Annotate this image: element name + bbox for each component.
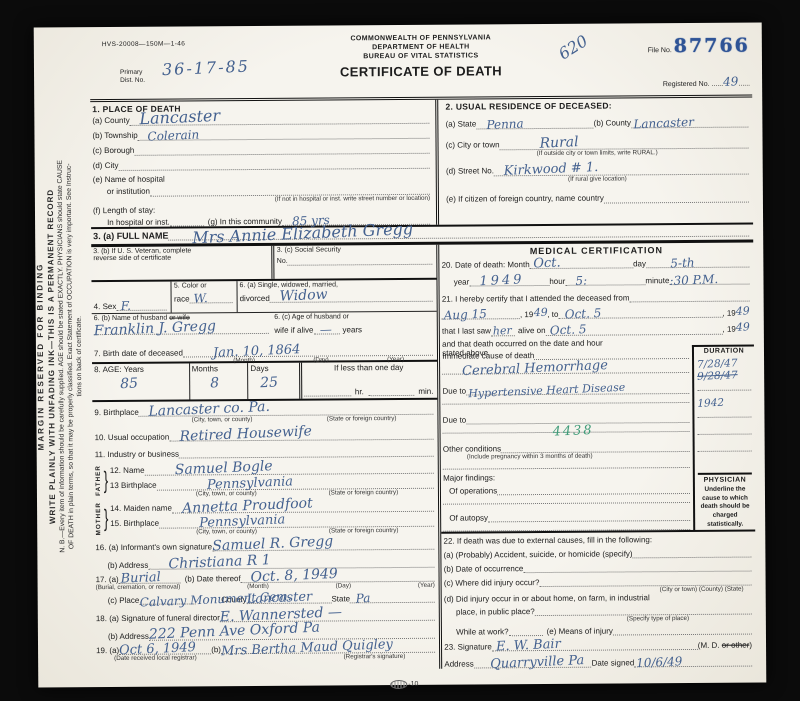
burial-date-label: (b) Date thereof (185, 574, 241, 584)
operations-line (497, 482, 690, 495)
registrar-date-line: Oct 6, 1949 (119, 643, 211, 656)
mother-side-label: MOTHER (95, 502, 102, 535)
age-years-value: 85 (120, 376, 138, 393)
sig23-addr-line: Quarryville Pa (474, 656, 592, 669)
spouse-age-dash: — (319, 322, 332, 337)
years-label: years (342, 325, 362, 335)
lastsaw-her-value: her (493, 324, 512, 338)
mother-maiden-label: 14. Maiden name (110, 504, 172, 514)
res-county-label: (b) County (594, 119, 631, 129)
county-label: (a) County (92, 116, 129, 126)
full-name-label: 3. (a) FULL NAME (93, 231, 168, 242)
dod-hour-line: 5: (565, 273, 645, 286)
burial-state-line: Pa (350, 591, 435, 604)
sig23-line: E. W. Bair (492, 638, 698, 651)
section-row-1: 1. PLACE OF DEATH (a) County Lancaster (… (90, 98, 753, 230)
external-work-label: While at work? (444, 627, 509, 637)
dod-hour-value: 5: (575, 273, 587, 288)
sex-line: F. (116, 299, 167, 311)
operations-label: Of operations (443, 486, 497, 496)
dod-year-value: 1949 (479, 272, 525, 289)
dod-minute-label: minute (645, 276, 669, 286)
duration-value-struck: 9/28/47 (697, 369, 751, 383)
informant-label: 16. (a) Informant's own signature (95, 542, 212, 552)
mother-hint-2: (State or foreign country) (329, 527, 399, 534)
certify-pre19b: , 19 (722, 308, 735, 318)
city-town-label: (c) City or town (446, 141, 500, 151)
age-label: 8. AGE: Years (94, 365, 144, 374)
lastsaw-label-1: that I last saw (442, 326, 491, 336)
file-number-block: File No. 87766 (648, 35, 750, 58)
registered-value: 49 (723, 74, 739, 89)
registered-number-block: Registered No. ......49...... (663, 75, 750, 90)
certify-from-line: Aug 15 (442, 308, 520, 321)
marital-line: Widow (270, 290, 433, 303)
dod-day-label: day (633, 259, 646, 269)
father-block: FATHER } 12. Name Samuel Bogle 13 Birthp… (93, 459, 438, 499)
birthplace-line: Lancaster co. Pa. (139, 403, 434, 417)
occupation-label: 10. Usual occupation (95, 432, 170, 442)
city-town-value: Rural (539, 134, 579, 152)
external-c-line (539, 574, 751, 587)
age-less-label: If less than one day (304, 363, 433, 373)
lastsaw-year: 49 (736, 321, 751, 335)
physician-note: Underline the cause to which death shoul… (698, 486, 752, 530)
burial-county-value: Lancaster (246, 589, 312, 607)
borough-line (134, 142, 429, 156)
certify-pre19a: , 19 (520, 310, 533, 320)
full-name-line: Mrs Annie Elizabeth Gregg (168, 225, 749, 241)
spouse-age-label-1: 6. (c) Age of husband or (274, 313, 433, 321)
marital-label-1: 6. (a) Single, widowed, married, (239, 281, 432, 289)
sex-value: F. (120, 299, 131, 313)
registrar-label-a: 19. (a) (96, 646, 119, 656)
borough-label: (c) Borough (93, 146, 135, 156)
sig23-date-line: 10/6/49 (634, 655, 752, 668)
immediate-value: Cerebral Hemorrhage (462, 358, 608, 379)
funeral-block: 18. (a) Signature of funeral director E.… (94, 606, 439, 640)
informant-line: Samuel R. Gregg (212, 538, 435, 552)
res-county-line: Lancaster (631, 116, 748, 129)
occupation-line: Retired Housewife (169, 428, 434, 442)
race-line: W. (190, 291, 233, 303)
informant-addr-label: (b) Address (95, 560, 148, 570)
state-line: Penna (476, 117, 593, 130)
dod-minute-line: :30 P.M. (669, 273, 749, 286)
hospital-label-2: or institution (93, 187, 150, 197)
other-line (501, 440, 690, 453)
mother-block: MOTHER } 14. Maiden name Annetta Proudfo… (93, 497, 438, 537)
age-months-value: 8 (210, 375, 220, 391)
sig23-date-value: 10/6/49 (636, 654, 683, 670)
external-causes-block: 22. If death was due to external causes,… (441, 532, 756, 638)
certify-line-1: 21. I hereby certify that I attended the… (442, 293, 630, 304)
file-number-label: File No. (648, 47, 672, 54)
duration-heading: DURATION (697, 348, 751, 355)
color-label-1: 5. Color or (174, 282, 233, 289)
immediate-line: Cerebral Hemorrhage (442, 359, 689, 375)
mother-brace: } (104, 508, 109, 530)
state-label: (a) State (446, 120, 477, 130)
certify-to-line: Oct. 5 (558, 306, 722, 319)
sig23-label: 23. Signature (444, 642, 492, 652)
section-place-of-death: 1. PLACE OF DEATH (a) County Lancaster (… (90, 100, 439, 228)
mother-bp-label: 15. Birthplace (110, 519, 159, 529)
age-hr-label: hr. (355, 387, 364, 397)
autopsy-line (488, 509, 690, 522)
lastsaw-line: Oct. 5 (545, 322, 722, 335)
binding-margin-note: MARGIN RESERVED FOR BINDING WRITE PLAINL… (34, 33, 97, 679)
birthdate-line: Jan. 10, 1864 (183, 344, 433, 358)
occupation-value: Retired Housewife (179, 424, 312, 446)
due1-line: Hypertensive Heart Disease (466, 382, 689, 396)
lastsaw-value: Oct. 5 (549, 322, 586, 338)
spouse-age-label-2: wife if alive (274, 325, 313, 335)
father-brace: } (104, 470, 109, 492)
external-b-label: (b) Date of occurrence (444, 564, 524, 574)
burial-county-line: Lancaster (247, 592, 332, 605)
dod-day-line: 5-th (646, 256, 750, 269)
certificate-form: HVS-20008—150M—1-46 Primary Dist. No. 36… (90, 29, 756, 680)
burial-hint-d: (Day) (336, 583, 351, 590)
left-column: 3. (b) If U. S. Veteran, complete revers… (91, 245, 442, 671)
form-body: 1. PLACE OF DEATH (a) County Lancaster (… (90, 95, 756, 668)
certify-to-value: Oct. 5 (564, 306, 601, 322)
autopsy-rule (443, 521, 690, 532)
registrar-sig-line: Mrs Bertha Maud Quigley (221, 641, 435, 654)
spouse-line: Franklin J. Gregg (94, 321, 269, 335)
stay-label-1: (f) Length of stay: (93, 205, 155, 215)
certify-to-label: , to (547, 310, 558, 320)
other-rule (443, 459, 690, 470)
res-county-value: Lancaster (633, 115, 694, 132)
hospital-label-1: (e) Name of hospital (93, 175, 165, 185)
statistical-code-value: 4438 (552, 423, 594, 440)
printers-union-mark: -10 (390, 680, 418, 689)
veteran-ssn-row: 3. (b) If U. S. Veteran, complete revers… (91, 245, 436, 282)
due1-label: Due to (442, 386, 466, 396)
signature-23-block: 23. Signature E. W. Bair (M. D. or other… (442, 636, 756, 669)
dod-hour-label: hour (549, 276, 565, 286)
other-label: Other conditions (443, 444, 501, 454)
age-days-label: Days (250, 364, 268, 373)
birthplace-hint-2: (State or foreign country) (327, 415, 397, 422)
ssn-line (288, 253, 433, 266)
sig23-md-post: ) (749, 640, 752, 649)
funeral-line: E. Wannersted — (220, 609, 435, 623)
dod-day-value: 5-th (670, 255, 695, 270)
duration-rule-2 (697, 409, 751, 418)
external-b-line (523, 560, 751, 574)
sex-label: 4. Sex (94, 302, 117, 311)
father-bp-line: Pennsylvania (157, 476, 435, 490)
sig23-md-pre: (M. D. (698, 640, 720, 649)
external-work-line (509, 624, 543, 636)
registrar-label-b: (b) (211, 645, 221, 655)
autopsy-label: Of autopsy (443, 513, 488, 523)
sig23-addr-label: Address (444, 659, 473, 669)
due2-rule: 4438 (443, 423, 690, 434)
township-line: Colerain (138, 127, 430, 141)
certify-to-year: 49 (735, 305, 750, 319)
color-label-2: race (174, 294, 190, 304)
registrar-block: 19. (a) Oct 6, 1949 (b) Mrs Bertha Maud … (94, 638, 439, 671)
certify-from-year: 49 (533, 306, 548, 320)
stay-label-2: In hospital or inst. (93, 217, 170, 227)
right-column-medical: MEDICAL CERTIFICATION 20. Date of death:… (439, 243, 756, 669)
street-line: Kirkwood # 1. (494, 163, 749, 177)
father-hint-2: (State or foreign country) (329, 489, 399, 496)
external-d-line (535, 603, 752, 617)
informant-block: 16. (a) Informant's own signature Samuel… (93, 535, 438, 570)
age-row: 8. AGE: Years 85 Months 8 Days 25 (92, 362, 437, 402)
county-value: Lancaster (139, 106, 220, 129)
spouse-age-line: — (313, 323, 339, 335)
external-c-label: (c) Where did injury occur? (444, 578, 540, 588)
birthplace-row: 9. Birthplace Lancaster co. Pa. (City, t… (92, 400, 437, 428)
section-row-2: 3. (b) If U. S. Veteran, complete revers… (91, 243, 756, 672)
informant-value: Samuel R. Gregg (212, 534, 334, 556)
state-value: Penna (486, 116, 524, 132)
external-e-label: (e) Means of injury (547, 626, 613, 636)
burial-state-label: State (331, 594, 350, 604)
scanned-death-certificate: MARGIN RESERVED FOR BINDING WRITE PLAINL… (0, 0, 800, 701)
burial-state-value: Pa (356, 591, 371, 606)
residence-heading: 2. USUAL RESIDENCE OF DECEASED: (445, 100, 748, 112)
causes-block: Immediate cause of death Cerebral Hemorr… (440, 345, 755, 534)
lastsaw-her-line: her (491, 324, 515, 336)
father-side-label: FATHER (95, 465, 102, 496)
major-label: Major findings: (443, 472, 690, 483)
file-number-stamp: 87766 (674, 35, 750, 58)
dod-month-value: Oct. (533, 255, 561, 272)
dod-label: 20. Date of death: Month (442, 260, 530, 270)
registered-label: Registered No. (663, 81, 710, 88)
external-a-label: (a) (Probably) Accident, suicide, or hom… (444, 549, 633, 560)
duration-column: DURATION 7/28/47 9/28/47 1942 PHYSICIAN (692, 345, 755, 530)
burial-label: 17. (a) (96, 575, 119, 585)
spouse-value: Franklin J. Gregg (94, 318, 217, 339)
industry-line (179, 445, 434, 459)
due2-label: Due to (443, 415, 467, 425)
birthdate-row: 7. Birth date of deceased Jan. 10, 1864 … (92, 342, 437, 364)
city-label: (d) City (93, 161, 119, 171)
hospital-line (150, 182, 430, 196)
duration-rule-1 (697, 382, 751, 391)
sig23-value: E. W. Bair (496, 636, 561, 654)
birthdate-value: Jan. 10, 1864 (213, 342, 301, 361)
physician-heading: PHYSICIAN (698, 473, 752, 484)
external-d-label-2: place, in public place? (444, 607, 535, 617)
date-of-death-block: 20. Date of death: Month Oct. day 5-th y… (440, 255, 754, 291)
burial-place-line: Calvary Monument Cem. (139, 593, 195, 605)
birthdate-label: 7. Birth date of deceased (94, 348, 183, 358)
marital-label-2: divorced (240, 294, 270, 304)
document-title: CERTIFICATE OF DEATH (90, 62, 752, 83)
dod-year-label: year (442, 277, 470, 287)
city-line (118, 157, 429, 171)
dod-minute-value: :30 P.M. (669, 272, 718, 288)
city-town-line: Rural (499, 137, 748, 151)
sig23-addr-value: Quarryville Pa (489, 653, 584, 673)
father-name-label: 12. Name (110, 466, 145, 476)
external-intro: 22. If death was due to external causes,… (443, 535, 751, 546)
union-stamp-icon (390, 680, 407, 689)
foreign-line (604, 191, 749, 204)
form-header: HVS-20008—150M—1-46 Primary Dist. No. 36… (90, 29, 752, 98)
certify-block: 21. I hereby certify that I attended the… (440, 289, 754, 347)
stay-line (170, 215, 204, 227)
age-hr-line (304, 385, 351, 397)
duration-rule-4 (698, 443, 752, 452)
burial-hint-y: (Year) (418, 582, 435, 589)
certify-pre19c: , 19 (722, 325, 735, 335)
ssn-label-2: No. (277, 258, 288, 266)
sig23-md-struck: or other (722, 640, 750, 649)
foreign-label: (e) If citizen of foreign country, name … (446, 194, 604, 205)
burial-block: 17. (a) Burial (b) Date thereof Oct. 8, … (93, 568, 438, 608)
dod-month-line: Oct. (530, 257, 634, 270)
immediate-dots (534, 347, 689, 360)
race-value: W. (193, 291, 208, 306)
funeral-label: 18. (a) Signature of funeral director (96, 613, 220, 623)
mother-bp-line: Pennsylvania (159, 514, 434, 528)
lastsaw-label-2: alive on (518, 326, 546, 336)
street-label: (d) Street No. (446, 167, 494, 177)
sex-race-marital-row: 4. Sex F. 5. Color or raceW. 6. (a) Sing… (91, 280, 436, 314)
burial-line: Burial (119, 572, 181, 584)
external-e-line (613, 623, 752, 636)
sig23-date-label: Date signed (592, 658, 635, 668)
section-usual-residence: 2. USUAL RESIDENCE OF DECEASED: (a) Stat… (438, 98, 753, 225)
township-label: (b) Township (92, 131, 137, 141)
age-min-line (368, 384, 415, 396)
occupation-row: 10. Usual occupation Retired Housewife (93, 426, 438, 446)
township-value: Colerain (147, 127, 199, 144)
age-min-label: min. (418, 386, 433, 396)
certificate-paper: MARGIN RESERVED FOR BINDING WRITE PLAINL… (34, 22, 767, 687)
duration-rule-3 (698, 426, 752, 435)
veteran-label-2: reverse side of certificate (93, 254, 267, 262)
birthplace-label: 9. Birthplace (94, 407, 139, 417)
duration-value-2: 1942 (697, 396, 751, 410)
mother-maiden-line: Annetta Proudfoot (172, 499, 434, 513)
spouse-row: 6. (b) Name of husband or wife Franklin … (92, 312, 437, 344)
certify-from-value: Aug 15 (444, 307, 488, 323)
burial-date-line: Oct. 8, 1949 (241, 570, 435, 583)
burial-place-label: (c) Place (96, 595, 140, 605)
age-days-value: 25 (260, 375, 278, 392)
industry-label: 11. Industry or business (95, 449, 179, 459)
registrar-date-value: Oct 6, 1949 (119, 640, 197, 659)
age-months-label: Months (192, 364, 218, 373)
operations-rule (443, 494, 690, 505)
page-mark: -10 (408, 681, 418, 688)
county-line: Lancaster (130, 112, 430, 126)
burial-value: Burial (120, 570, 161, 587)
father-bp-label: 13 Birthplace (110, 481, 157, 491)
external-a-line (633, 546, 752, 559)
dod-year-line: 1949 (469, 274, 549, 287)
marital-value: Widow (279, 287, 328, 306)
certify-dots-1 (629, 290, 749, 303)
